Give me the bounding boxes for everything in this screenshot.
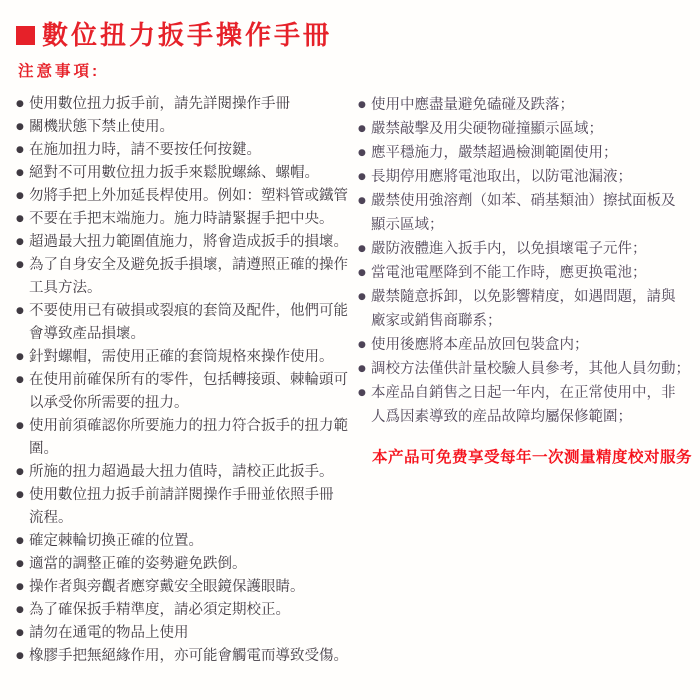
precaution-item: ●確定棘輪切換正確的位置。 bbox=[16, 530, 358, 553]
precaution-text: 適當的調整正確的姿勢避免跌倒。 bbox=[29, 553, 247, 576]
bullet-icon: ● bbox=[16, 576, 29, 599]
manual-page: 數位扭力扳手操作手冊 注意事項: ●使用數位扭力扳手前，請先詳閱操作手冊 ●關機… bbox=[0, 0, 700, 700]
precaution-text: 確定棘輪切換正確的位置。 bbox=[29, 530, 203, 553]
precaution-text: 針對螺帽，需使用正確的套筒規格來操作使用。 bbox=[29, 346, 334, 369]
precautions-list-left: ●使用數位扭力扳手前，請先詳閱操作手冊 ●關機狀態下禁止使用。 ●在施加扭力時，… bbox=[16, 93, 358, 668]
bullet-icon: ● bbox=[16, 530, 29, 553]
precaution-item: ●勿將手把上外加延長桿使用。例如：塑料管或鐵管 bbox=[16, 185, 358, 208]
precaution-text: 所施的扭力超過最大扭力值時，請校正此扳手。 bbox=[29, 461, 334, 484]
bullet-icon: ● bbox=[16, 369, 29, 392]
bullet-icon: ● bbox=[16, 599, 29, 622]
bullet-icon: ● bbox=[16, 461, 29, 484]
bullet-icon: ● bbox=[358, 189, 371, 213]
precaution-item: ●嚴禁敲擊及用尖硬物碰撞顯示區域； bbox=[358, 117, 700, 141]
precaution-item: ●嚴禁隨意拆卸，以免影響精度，如遇問題，請與 廠家或銷售商聯系； bbox=[358, 285, 700, 333]
precaution-item: ●在施加扭力時，請不要按任何按鍵。 bbox=[16, 139, 358, 162]
precaution-text: 嚴禁隨意拆卸，以免影響精度，如遇問題，請與 廠家或銷售商聯系； bbox=[371, 285, 676, 333]
precaution-text: 不要使用已有破損或裂痕的套筒及配件，他們可能 會導致產品損壞。 bbox=[29, 300, 348, 346]
precaution-item: ●適當的調整正確的姿勢避免跌倒。 bbox=[16, 553, 358, 576]
bullet-icon: ● bbox=[16, 484, 29, 507]
section-heading: 注意事項: bbox=[18, 63, 700, 81]
precaution-text: 絕對不可用數位扭力扳手來鬆脫螺絲、螺帽。 bbox=[29, 162, 319, 185]
precaution-item: ●為了確保扳手精準度，請必須定期校正。 bbox=[16, 599, 358, 622]
precaution-text: 長期停用應將電池取出，以防電池漏液； bbox=[371, 165, 632, 189]
precaution-text: 請勿在通電的物品上使用 bbox=[29, 622, 189, 645]
precaution-item: ●所施的扭力超過最大扭力值時，請校正此扳手。 bbox=[16, 461, 358, 484]
precaution-item: ●當電池電壓降到不能工作時，應更换電池； bbox=[358, 261, 700, 285]
bullet-icon: ● bbox=[358, 141, 371, 165]
bullet-icon: ● bbox=[358, 285, 371, 309]
bullet-icon: ● bbox=[358, 357, 371, 381]
bullet-icon: ● bbox=[358, 381, 371, 405]
bullet-icon: ● bbox=[358, 261, 371, 285]
precaution-item: ●操作者與旁觀者應穿戴安全眼鏡保護眼睛。 bbox=[16, 576, 358, 599]
two-column-layout: ●使用數位扭力扳手前，請先詳閱操作手冊 ●關機狀態下禁止使用。 ●在施加扭力時，… bbox=[16, 93, 700, 668]
right-column-wrap: ●使用中應盡量避免磕碰及跌落； ●嚴禁敲擊及用尖硬物碰撞顯示區域； ●應平穩施力… bbox=[358, 93, 700, 668]
precaution-text: 應平穩施力，嚴禁超過檢測範圍使用； bbox=[371, 141, 618, 165]
bullet-icon: ● bbox=[16, 415, 29, 438]
precaution-text: 嚴防液體進入扳手内，以免損壞電子元件； bbox=[371, 237, 647, 261]
bullet-icon: ● bbox=[16, 346, 29, 369]
precaution-item: ●嚴防液體進入扳手内，以免損壞電子元件； bbox=[358, 237, 700, 261]
precaution-text: 嚴禁使用強溶劑（如苯、硝基類油）擦拭面板及 顯示區域； bbox=[371, 189, 676, 237]
precaution-item: ●不要在手把末端施力。施力時請緊握手把中央。 bbox=[16, 208, 358, 231]
precaution-text: 超過最大扭力範圍值施力，將會造成扳手的損壞。 bbox=[29, 231, 348, 254]
title-row: 數位扭力扳手操作手冊 bbox=[16, 21, 700, 49]
precaution-item: ●不要使用已有破損或裂痕的套筒及配件，他們可能 會導致產品損壞。 bbox=[16, 300, 358, 346]
precaution-item: ●針對螺帽，需使用正確的套筒規格來操作使用。 bbox=[16, 346, 358, 369]
precaution-text: 使用後應將本産品放回包裝盒内； bbox=[371, 333, 589, 357]
precaution-text: 使用前須確認你所要施力的扭力符合扳手的扭力範 圍。 bbox=[29, 415, 348, 461]
precaution-item: ●本産品自銷售之日起一年内，在正常使用中，非 人爲因素導致的産品故障均屬保修範圍… bbox=[358, 381, 700, 429]
precaution-item: ●使用前須確認你所要施力的扭力符合扳手的扭力範 圍。 bbox=[16, 415, 358, 461]
bullet-icon: ● bbox=[16, 622, 29, 645]
precaution-item: ●調校方法僅供計量校驗人員參考，其他人員勿動； bbox=[358, 357, 700, 381]
precaution-item: ●為了自身安全及避免扳手損壞，請遵照正確的操作 工具方法。 bbox=[16, 254, 358, 300]
precaution-text: 在使用前確保所有的零件，包括轉接頭、棘輪頭可 以承受你所需要的扭力。 bbox=[29, 369, 348, 415]
precaution-item: ●關機狀態下禁止使用。 bbox=[16, 116, 358, 139]
precaution-item: ●使用數位扭力扳手前，請先詳閱操作手冊 bbox=[16, 93, 358, 116]
bullet-icon: ● bbox=[16, 93, 29, 116]
precautions-list-right: ●使用中應盡量避免磕碰及跌落； ●嚴禁敲擊及用尖硬物碰撞顯示區域； ●應平穩施力… bbox=[358, 93, 700, 429]
bullet-icon: ● bbox=[16, 185, 29, 208]
bullet-icon: ● bbox=[358, 117, 371, 141]
precaution-item: ●長期停用應將電池取出，以防電池漏液； bbox=[358, 165, 700, 189]
bullet-icon: ● bbox=[16, 645, 29, 668]
bullet-icon: ● bbox=[16, 231, 29, 254]
bullet-icon: ● bbox=[16, 208, 29, 231]
precaution-item: ●使用數位扭力扳手前請詳閱操作手冊並依照手冊 流程。 bbox=[16, 484, 358, 530]
precaution-text: 使用數位扭力扳手前請詳閱操作手冊並依照手冊 流程。 bbox=[29, 484, 334, 530]
precaution-item: ●嚴禁使用強溶劑（如苯、硝基類油）擦拭面板及 顯示區域； bbox=[358, 189, 700, 237]
bullet-icon: ● bbox=[16, 553, 29, 576]
precaution-text: 使用中應盡量避免磕碰及跌落； bbox=[371, 93, 574, 117]
bullet-icon: ● bbox=[16, 116, 29, 139]
precaution-item: ●橡膠手把無絕緣作用，亦可能會觸電而導致受傷。 bbox=[16, 645, 358, 668]
precaution-text: 使用數位扭力扳手前，請先詳閱操作手冊 bbox=[29, 93, 290, 116]
precaution-text: 為了確保扳手精準度，請必須定期校正。 bbox=[29, 599, 290, 622]
precaution-text: 在施加扭力時，請不要按任何按鍵。 bbox=[29, 139, 261, 162]
bullet-icon: ● bbox=[358, 165, 371, 189]
bullet-icon: ● bbox=[358, 93, 371, 117]
bullet-icon: ● bbox=[358, 237, 371, 261]
precaution-text: 嚴禁敲擊及用尖硬物碰撞顯示區域； bbox=[371, 117, 603, 141]
page-title: 數位扭力扳手操作手冊 bbox=[42, 21, 332, 49]
precaution-item: ●使用中應盡量避免磕碰及跌落； bbox=[358, 93, 700, 117]
precaution-item: ●在使用前確保所有的零件，包括轉接頭、棘輪頭可 以承受你所需要的扭力。 bbox=[16, 369, 358, 415]
precaution-item: ●絕對不可用數位扭力扳手來鬆脫螺絲、螺帽。 bbox=[16, 162, 358, 185]
precaution-text: 為了自身安全及避免扳手損壞，請遵照正確的操作 工具方法。 bbox=[29, 254, 348, 300]
bullet-icon: ● bbox=[16, 162, 29, 185]
precaution-text: 本産品自銷售之日起一年内，在正常使用中，非 人爲因素導致的産品故障均屬保修範圍； bbox=[371, 381, 676, 429]
bullet-icon: ● bbox=[16, 254, 29, 277]
precaution-text: 關機狀態下禁止使用。 bbox=[29, 116, 174, 139]
precaution-text: 操作者與旁觀者應穿戴安全眼鏡保護眼睛。 bbox=[29, 576, 305, 599]
precaution-text: 調校方法僅供計量校驗人員參考，其他人員勿動； bbox=[371, 357, 690, 381]
precaution-item: ●超過最大扭力範圍值施力，將會造成扳手的損壞。 bbox=[16, 231, 358, 254]
bullet-icon: ● bbox=[358, 333, 371, 357]
precaution-item: ●請勿在通電的物品上使用 bbox=[16, 622, 358, 645]
precaution-text: 不要在手把末端施力。施力時請緊握手把中央。 bbox=[29, 208, 334, 231]
precaution-item: ●應平穩施力，嚴禁超過檢測範圍使用； bbox=[358, 141, 700, 165]
precaution-item: ●使用後應將本産品放回包裝盒内； bbox=[358, 333, 700, 357]
precaution-text: 勿將手把上外加延長桿使用。例如：塑料管或鐵管 bbox=[29, 185, 348, 208]
precaution-text: 橡膠手把無絕緣作用，亦可能會觸電而導致受傷。 bbox=[29, 645, 348, 668]
red-square-icon bbox=[16, 26, 35, 45]
bullet-icon: ● bbox=[16, 300, 29, 323]
precaution-text: 當電池電壓降到不能工作時，應更换電池； bbox=[371, 261, 647, 285]
free-calibration-notice: 本产品可免费享受每年一次测量精度校对服务 bbox=[372, 449, 700, 467]
bullet-icon: ● bbox=[16, 139, 29, 162]
